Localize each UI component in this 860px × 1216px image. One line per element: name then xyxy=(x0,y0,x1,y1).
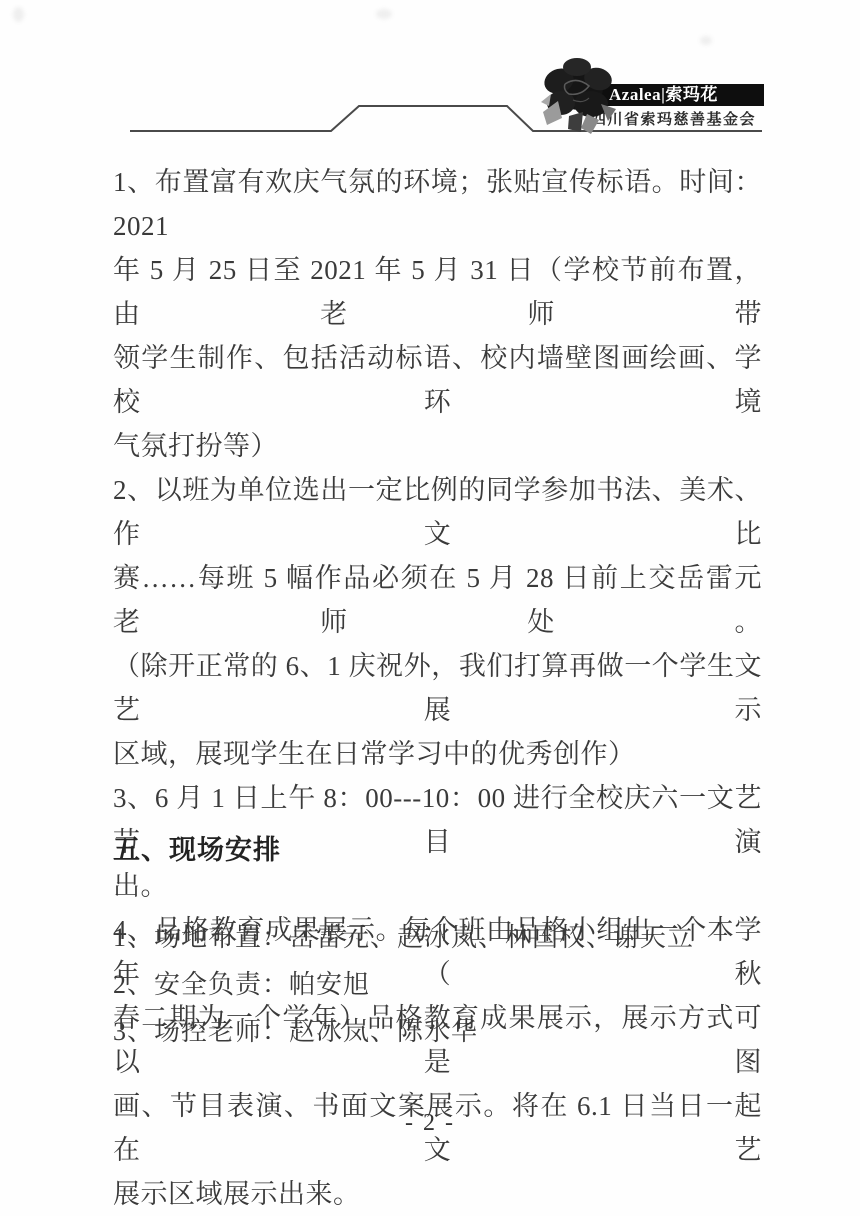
body-line: 1、布置富有欢庆气氛的环境；张贴宣传标语。时间：2021 xyxy=(113,160,762,248)
scanned-document-page: Azalea|索玛花 四川省索玛慈善基金会 1、布置富有欢庆气氛的环境；张贴宣传… xyxy=(0,0,860,1216)
body-line: 出。 xyxy=(113,864,762,908)
body-line: （除开正常的 6、1 庆祝外，我们打算再做一个学生文艺展示 xyxy=(113,644,762,732)
body-line: 区域，展现学生在日常学习中的优秀创作） xyxy=(113,732,762,776)
body-line: 赛……每班 5 幅作品必须在 5 月 28 日前上交岳雷元老师处。 xyxy=(113,556,762,644)
page-number: - 2 - xyxy=(0,1110,860,1137)
document-body: 1、布置富有欢庆气氛的环境；张贴宣传标语。时间：2021 年 5 月 25 日至… xyxy=(113,160,762,1216)
arrangement-item: 2、安全负责：帕安旭 xyxy=(113,961,762,1008)
body-line: 领学生制作、包括活动标语、校内墙壁图画绘画、学校环境 xyxy=(113,336,762,424)
body-line: 气氛打扮等） xyxy=(113,424,762,468)
body-line: 年 5 月 25 日至 2021 年 5 月 31 日（学校节前布置，由老师带 xyxy=(113,248,762,336)
arrangement-item: 3、场控老师：赵冰岚、陈水华 xyxy=(113,1008,762,1055)
arrangement-item: 1、场地布置：岳雷元、赵冰岚、林国权、谢天立 xyxy=(113,914,762,961)
body-line: 展示区域展示出来。 xyxy=(113,1172,762,1216)
section-heading: 五、现场安排 xyxy=(113,828,281,867)
arrangement-list: 1、场地布置：岳雷元、赵冰岚、林国权、谢天立 2、安全负责：帕安旭 3、场控老师… xyxy=(113,914,762,1055)
azalea-flower-icon xyxy=(531,54,627,140)
body-line: 2、以班为单位选出一定比例的同学参加书法、美术、作文比 xyxy=(113,468,762,556)
